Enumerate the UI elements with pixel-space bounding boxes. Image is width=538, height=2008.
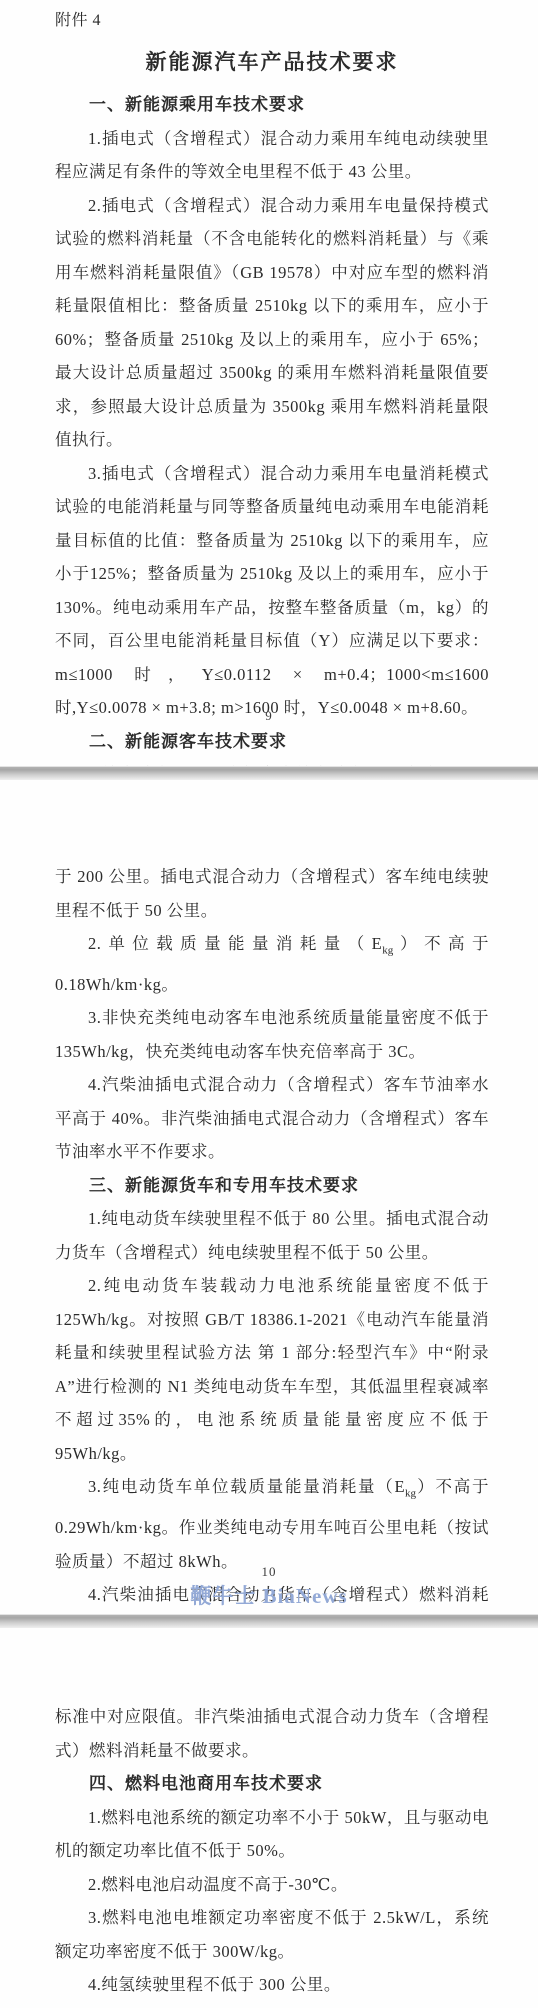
paragraph: 3.纯电动货车单位载质量能量消耗量（Ekg）不高于0.29Wh/km·kg。作业… [55,1470,489,1578]
document-page-10: 于 200 公里。插电式混合动力（含增程式）客车纯电续驶里程不低于 50 公里。… [0,780,538,1614]
page-divider [0,1614,538,1628]
paragraph: 于 200 公里。插电式混合动力（含增程式）客车纯电续驶里程不低于 50 公里。 [55,860,489,927]
paragraph-text: 3.纯电动货车单位载质量能量消耗量（E [88,1477,405,1496]
section-heading-trucks-special-vehicles: 三、新能源货车和专用车技术要求 [55,1169,489,1203]
paragraph: 标准中对应限值。非汽柴油插电式混合动力货车（含增程式）燃料消耗量不做要求。 [55,1700,489,1767]
page-number: 9 [0,708,538,724]
paragraph: 1.纯电动货车续驶里程不低于 80 公里。插电式混合动力货车（含增程式）纯电续驶… [55,1202,489,1269]
document-title: 新能源汽车产品技术要求 [55,46,489,78]
document-page-9: 附件 4 新能源汽车产品技术要求 一、新能源乘用车技术要求 1.插电式（含增程式… [0,0,538,766]
paragraph: 1.纯电动客车（不含快充类纯电动客车）续驶里程不低 [55,758,489,766]
paragraph-text: 2.单位载质量能量消耗量（E [88,934,382,953]
paragraph: 2.单位载质量能量消耗量（Ekg）不高于 0.18Wh/km·kg。 [55,927,489,1001]
attachment-label: 附件 4 [55,8,489,34]
document-page-next: 标准中对应限值。非汽柴油插电式混合动力货车（含增程式）燃料消耗量不做要求。 四、… [0,1628,538,2008]
subscript-kg: kg [405,1488,416,1500]
section-heading-fuel-cell-vehicles: 四、燃料电池商用车技术要求 [55,1767,489,1801]
bianews-watermark: 鞭牛士 BiaNews [0,1580,538,1610]
subscript-kg: kg [382,944,393,956]
paragraph: 2.燃料电池启动温度不高于-30℃。 [55,1868,489,1902]
paragraph: 4.纯氢续驶里程不低于 300 公里。 [55,1968,489,2002]
paragraph: 2.插电式（含增程式）混合动力乘用车电量保持模式试验的燃料消耗量（不含电能转化的… [55,189,489,457]
paragraph: 4.汽柴油插电式混合动力（含增程式）客车节油率水平高于 40%。非汽柴油插电式混… [55,1068,489,1169]
page-number: 10 [0,1564,538,1580]
paragraph: 2.纯电动货车装载动力电池系统能量密度不低于125Wh/kg。对按照 GB/T … [55,1269,489,1470]
paragraph: 3.插电式（含增程式）混合动力乘用车电量消耗模式试验的电能消耗量与同等整备质量纯… [55,457,489,725]
section-heading-buses: 二、新能源客车技术要求 [55,725,489,759]
paragraph: 3.非快充类纯电动客车电池系统质量能量密度不低于135Wh/kg，快充类纯电动客… [55,1001,489,1068]
document-viewer[interactable]: 附件 4 新能源汽车产品技术要求 一、新能源乘用车技术要求 1.插电式（含增程式… [0,0,538,2008]
paragraph: 1.插电式（含增程式）混合动力乘用车纯电动续驶里程应满足有条件的等效全电里程不低… [55,122,489,189]
page-divider [0,766,538,780]
paragraph: 1.燃料电池系统的额定功率不小于 50kW，且与驱动电机的额定功率比值不低于 5… [55,1801,489,1868]
section-heading-passenger-vehicles: 一、新能源乘用车技术要求 [55,88,489,122]
paragraph: 3.燃料电池电堆额定功率密度不低于 2.5kW/L，系统额定功率密度不低于 30… [55,1901,489,1968]
